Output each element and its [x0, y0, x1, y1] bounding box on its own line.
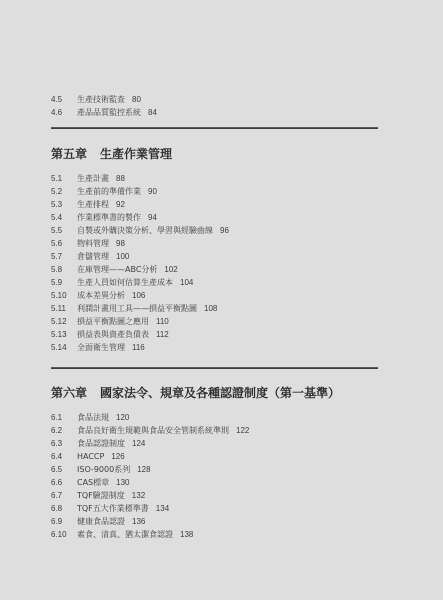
chapter-title: 國家法令、規章及各種認證制度（第一基準）: [100, 386, 340, 400]
section-divider: [51, 367, 378, 369]
toc-entry: 6.7TQF驗證制度132: [51, 489, 145, 502]
toc-entry: 5.7倉儲管理100: [51, 250, 129, 263]
toc-entry: 6.3食品認證制度124: [51, 437, 145, 450]
entry-page: 122: [236, 424, 249, 437]
entry-number: 5.1: [51, 172, 77, 185]
entry-number: 6.2: [51, 424, 77, 437]
entry-title: 在庫管理——ABC分析: [77, 263, 157, 276]
entry-title: CAS標章: [77, 476, 109, 489]
entry-page: 98: [116, 237, 125, 250]
entry-title: 生產技術監查: [77, 93, 125, 106]
entry-number: 4.5: [51, 93, 77, 106]
chapter-heading: 第五章生產作業管理: [51, 146, 172, 162]
chapter-heading: 第六章國家法令、規章及各種認證制度（第一基準）: [51, 385, 340, 401]
entry-page: 124: [132, 437, 145, 450]
toc-entry: 6.6CAS標章130: [51, 476, 130, 489]
entry-page: 90: [148, 185, 157, 198]
entry-page: 112: [156, 328, 169, 341]
entry-title: 倉儲管理: [77, 250, 109, 263]
entry-page: 80: [132, 93, 141, 106]
entry-number: 5.13: [51, 328, 77, 341]
toc-entry: 4.6產品品質監控系統84: [51, 106, 157, 119]
entry-number: 6.9: [51, 515, 77, 528]
entry-title: 利潤計畫用工具——損益平衡點圖: [77, 302, 197, 315]
entry-page: 134: [156, 502, 169, 515]
section-divider: [51, 127, 378, 129]
toc-entry: 5.12損益平衡點圖之應用110: [51, 315, 169, 328]
entry-number: 5.5: [51, 224, 77, 237]
entry-number: 5.7: [51, 250, 77, 263]
entry-page: 104: [180, 276, 193, 289]
toc-entry: 5.8在庫管理——ABC分析102: [51, 263, 178, 276]
entry-page: 136: [132, 515, 145, 528]
toc-entry: 5.3生產排程92: [51, 198, 125, 211]
toc-entry: 6.10素食、清真、猶太潔食認證138: [51, 528, 193, 541]
entry-page: 96: [220, 224, 229, 237]
entry-title: 素食、清真、猶太潔食認證: [77, 528, 173, 541]
entry-number: 6.5: [51, 463, 77, 476]
entry-title: ISO-9000系列: [77, 463, 130, 476]
entry-title: 全面衛生管理: [77, 341, 125, 354]
entry-page: 128: [137, 463, 150, 476]
toc-entry: 6.2食品良好衛生規範與食品安全管制系統準則122: [51, 424, 249, 437]
entry-page: 88: [116, 172, 125, 185]
entry-title: 生產人員如何估算生產成本: [77, 276, 173, 289]
entry-title: 產品品質監控系統: [77, 106, 141, 119]
entry-page: 108: [204, 302, 217, 315]
entry-number: 5.14: [51, 341, 77, 354]
toc-entry: 5.1生產計畫88: [51, 172, 125, 185]
entry-title: 自製或外購決策分析、學習與經驗曲線: [77, 224, 213, 237]
entry-page: 126: [111, 450, 124, 463]
entry-number: 6.1: [51, 411, 77, 424]
entry-title: TQF五大作業標準書: [77, 502, 149, 515]
table-of-contents-page: 4.5生產技術監查80 4.6產品品質監控系統84 第五章生產作業管理 5.1生…: [0, 0, 443, 600]
entry-number: 5.12: [51, 315, 77, 328]
toc-entry: 5.14全面衛生管理116: [51, 341, 145, 354]
entry-number: 6.4: [51, 450, 77, 463]
entry-page: 106: [132, 289, 145, 302]
toc-entry: 6.1食品法規120: [51, 411, 129, 424]
entry-page: 132: [132, 489, 145, 502]
entry-number: 6.3: [51, 437, 77, 450]
toc-entry: 5.13損益表與資產負債表112: [51, 328, 169, 341]
toc-entry: 5.4作業標準書的製作94: [51, 211, 157, 224]
toc-entry: 6.9健康食品認證136: [51, 515, 145, 528]
entry-title: 成本差異分析: [77, 289, 125, 302]
entry-number: 6.8: [51, 502, 77, 515]
entry-page: 116: [132, 341, 145, 354]
entry-title: TQF驗證制度: [77, 489, 125, 502]
entry-title: 生產前的準備作業: [77, 185, 141, 198]
chapter-label: 第五章: [51, 146, 87, 162]
toc-entry: 5.5自製或外購決策分析、學習與經驗曲線96: [51, 224, 229, 237]
entry-number: 5.9: [51, 276, 77, 289]
toc-entry: 4.5生產技術監查80: [51, 93, 141, 106]
toc-entry: 6.4HACCP126: [51, 450, 125, 463]
entry-title: HACCP: [77, 450, 104, 463]
entry-title: 物料管理: [77, 237, 109, 250]
entry-title: 損益表與資產負債表: [77, 328, 149, 341]
chapter-label: 第六章: [51, 385, 87, 401]
entry-number: 6.6: [51, 476, 77, 489]
entry-page: 138: [180, 528, 193, 541]
entry-title: 食品法規: [77, 411, 109, 424]
entry-page: 120: [116, 411, 129, 424]
toc-entry: 5.10成本差異分析106: [51, 289, 145, 302]
entry-page: 94: [148, 211, 157, 224]
entry-number: 6.7: [51, 489, 77, 502]
chapter-title: 生產作業管理: [100, 147, 172, 161]
toc-entry: 5.11利潤計畫用工具——損益平衡點圖108: [51, 302, 217, 315]
entry-number: 5.10: [51, 289, 77, 302]
entry-page: 100: [116, 250, 129, 263]
entry-page: 130: [116, 476, 129, 489]
toc-entry: 5.9生產人員如何估算生產成本104: [51, 276, 193, 289]
entry-title: 食品認證制度: [77, 437, 125, 450]
entry-number: 5.3: [51, 198, 77, 211]
entry-number: 4.6: [51, 106, 77, 119]
entry-title: 作業標準書的製作: [77, 211, 141, 224]
entry-page: 110: [156, 315, 169, 328]
entry-title: 食品良好衛生規範與食品安全管制系統準則: [77, 424, 229, 437]
entry-title: 損益平衡點圖之應用: [77, 315, 149, 328]
entry-number: 6.10: [51, 528, 77, 541]
entry-page: 84: [148, 106, 157, 119]
toc-entry: 5.2生產前的準備作業90: [51, 185, 157, 198]
entry-number: 5.8: [51, 263, 77, 276]
entry-title: 生產計畫: [77, 172, 109, 185]
entry-number: 5.6: [51, 237, 77, 250]
entry-number: 5.2: [51, 185, 77, 198]
toc-entry: 6.8TQF五大作業標準書134: [51, 502, 169, 515]
toc-entry: 6.5ISO-9000系列128: [51, 463, 151, 476]
entry-page: 92: [116, 198, 125, 211]
entry-title: 健康食品認證: [77, 515, 125, 528]
toc-entry: 5.6物料管理98: [51, 237, 125, 250]
entry-number: 5.11: [51, 302, 77, 315]
entry-page: 102: [164, 263, 177, 276]
entry-number: 5.4: [51, 211, 77, 224]
entry-title: 生產排程: [77, 198, 109, 211]
